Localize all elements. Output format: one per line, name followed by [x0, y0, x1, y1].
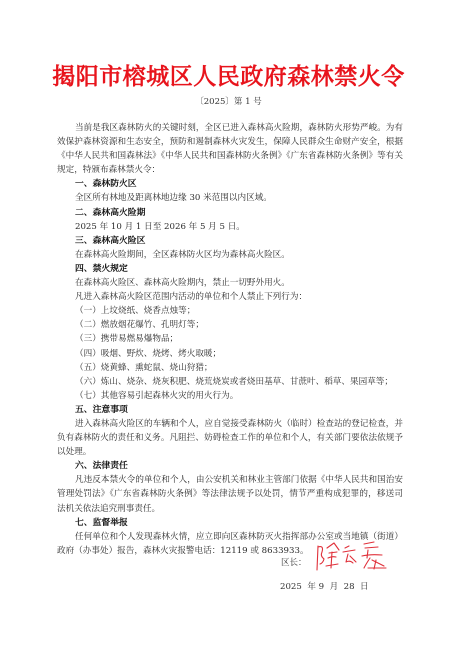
prohibited-item-6: （六）炼山、烧杂、烧灰积肥、烧荒烧炭或者烧田基草、甘蔗叶、稻草、果园草等；	[57, 375, 403, 389]
signing-date: 2025 年 9 月 28 日	[280, 580, 369, 592]
section-text-4b: 凡进入森林高火险区范围内活动的单位和个人禁止下列行为：	[57, 290, 403, 304]
intro-paragraph: 当前是我区森林防火的关键时刻，全区已进入森林高火险期，森林防火形势严峻。为有效保…	[57, 121, 403, 177]
prohibited-item-2: （二）燃放烟花爆竹、孔明灯等；	[57, 318, 403, 332]
section-text-5: 进入森林高火险区的车辆和个人，应自觉接受森林防火（临时）检查站的登记检查，并负有…	[57, 417, 403, 459]
section-text-6: 凡违反本禁火令的单位和个人，由公安机关和林业主管部门依据《中华人民共和国治安管理…	[57, 473, 403, 515]
prohibited-item-4: （四）吸烟、野炊、烧烤、烤火取暖；	[57, 347, 403, 361]
section-heading-5: 五、注意事项	[57, 403, 403, 417]
section-text-4: 在森林高火险区、森林高火险期内，禁止一切野外用火。	[57, 276, 403, 290]
section-text-2: 2025 年 10 月 1 日至 2026 年 5 月 5 日。	[57, 220, 403, 234]
section-heading-3: 三、森林高火险区	[57, 234, 403, 248]
section-heading-6: 六、法律责任	[57, 459, 403, 473]
document-number: 〔2025〕第 1 号	[0, 95, 457, 107]
section-heading-7: 七、监督举报	[57, 516, 403, 530]
signatory-label: 区长：	[281, 556, 307, 568]
section-text-3: 在森林高火险期间，全区森林防火区均为森林高火险区。	[57, 248, 403, 262]
document-body: 当前是我区森林防火的关键时刻，全区已进入森林高火险期，森林防火形势严峻。为有效保…	[57, 121, 403, 558]
section-heading-2: 二、森林高火险期	[57, 206, 403, 220]
section-text-1: 全区所有林地及距离林地边缘 30 米范围以内区域。	[57, 191, 403, 205]
document-title: 揭阳市榕城区人民政府森林禁火令	[0, 58, 457, 91]
prohibited-item-7: （七）其他容易引起森林火灾的用火行为。	[57, 389, 403, 403]
section-heading-1: 一、森林防火区	[57, 177, 403, 191]
section-heading-4: 四、禁火规定	[57, 262, 403, 276]
prohibited-item-1: （一）上坟烧纸、烧香点烛等；	[57, 304, 403, 318]
prohibited-item-5: （五）烧黄蜂、熏蛇鼠、烧山狩猎；	[57, 361, 403, 375]
prohibited-item-3: （三）携带易燃易爆物品；	[57, 332, 403, 346]
handwritten-signature	[312, 538, 392, 574]
